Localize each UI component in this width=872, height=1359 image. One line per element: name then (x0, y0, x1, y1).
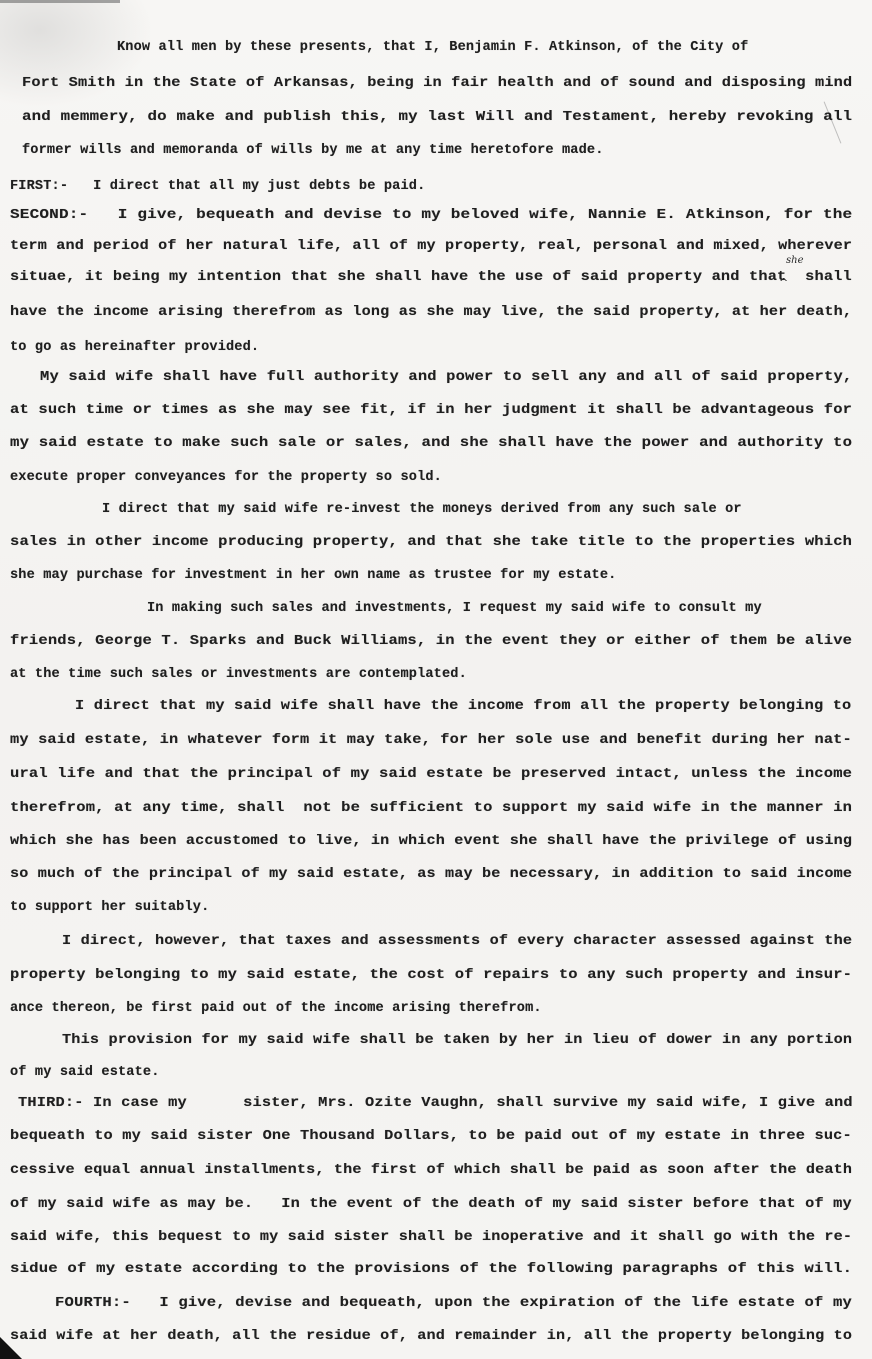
intro-line-1: Know all men by these presents, that I, … (117, 40, 748, 55)
first-clause: FIRST:- I direct that all my just debts … (10, 179, 425, 194)
income-line-6: so much of the principal of my said esta… (10, 867, 852, 882)
second-clause-line-5: to go as hereinafter provided. (10, 340, 259, 355)
reinvest-line-2: sales in other income producing property… (10, 535, 852, 550)
third-clause-line-5: said wife, this bequest to my said siste… (10, 1230, 852, 1245)
third-clause-line-4: of my said wife as may be. In the event … (10, 1197, 852, 1212)
consult-line-1: In making such sales and investments, I … (147, 601, 762, 616)
reinvest-line-1: I direct that my said wife re-invest the… (102, 502, 742, 517)
third-clause-line-3: cessive equal annual installments, the f… (10, 1163, 852, 1178)
folded-corner (0, 1337, 22, 1359)
taxes-line-2: property belonging to my said estate, th… (10, 968, 852, 983)
income-line-3: ural life and that the principal of my s… (10, 767, 852, 782)
income-line-2: my said estate, in whatever form it may … (10, 733, 852, 748)
income-line-5: which she has been accustomed to live, i… (10, 834, 852, 849)
third-clause-line-2: bequeath to my said sister One Thousand … (10, 1129, 852, 1144)
second-clause-line-1: SECOND:- I give, bequeath and devise to … (10, 208, 852, 223)
authority-line-4: execute proper conveyances for the prope… (10, 470, 442, 485)
dower-line-2: of my said estate. (10, 1065, 160, 1080)
fourth-clause-line-2: said wife at her death, all the residue … (10, 1329, 852, 1344)
consult-line-2: friends, George T. Sparks and Buck Willi… (10, 634, 852, 649)
insert-caret-mark: ^ (779, 276, 788, 289)
second-clause-line-2: term and period of her natural life, all… (10, 239, 852, 254)
handwritten-she-insert: she (786, 255, 804, 266)
income-line-7: to support her suitably. (10, 900, 209, 915)
second-clause-line-3: situae, it being my intention that she s… (10, 270, 852, 285)
third-clause-line-1: THIRD:- In case my sister, Mrs. Ozite Va… (18, 1096, 853, 1111)
consult-line-3: at the time such sales or investments ar… (10, 667, 467, 682)
page-top-edge (0, 0, 120, 3)
intro-line-3: and memmery, do make and publish this, m… (22, 110, 852, 125)
authority-line-3: my said estate to make such sale or sale… (10, 436, 852, 451)
will-document-page: Know all men by these presents, that I, … (0, 0, 872, 1359)
taxes-line-3: ance thereon, be first paid out of the i… (10, 1001, 542, 1016)
income-line-4: therefrom, at any time, shall not be suf… (10, 801, 852, 816)
dower-line-1: This provision for my said wife shall be… (62, 1033, 852, 1048)
intro-line-2: Fort Smith in the State of Arkansas, bei… (22, 76, 852, 91)
second-clause-line-4: have the income arising therefrom as lon… (10, 305, 852, 320)
fourth-clause-line-1: FOURTH:- I give, devise and bequeath, up… (55, 1296, 852, 1311)
third-clause-line-6: sidue of my estate according to the prov… (10, 1262, 852, 1277)
authority-line-2: at such time or times as she may see fit… (10, 403, 852, 418)
authority-line-1: My said wife shall have full authority a… (40, 370, 852, 385)
income-line-1: I direct that my said wife shall have th… (75, 699, 851, 714)
taxes-line-1: I direct, however, that taxes and assess… (62, 934, 852, 949)
reinvest-line-3: she may purchase for investment in her o… (10, 568, 616, 583)
intro-line-4: former wills and memoranda of wills by m… (22, 143, 604, 158)
